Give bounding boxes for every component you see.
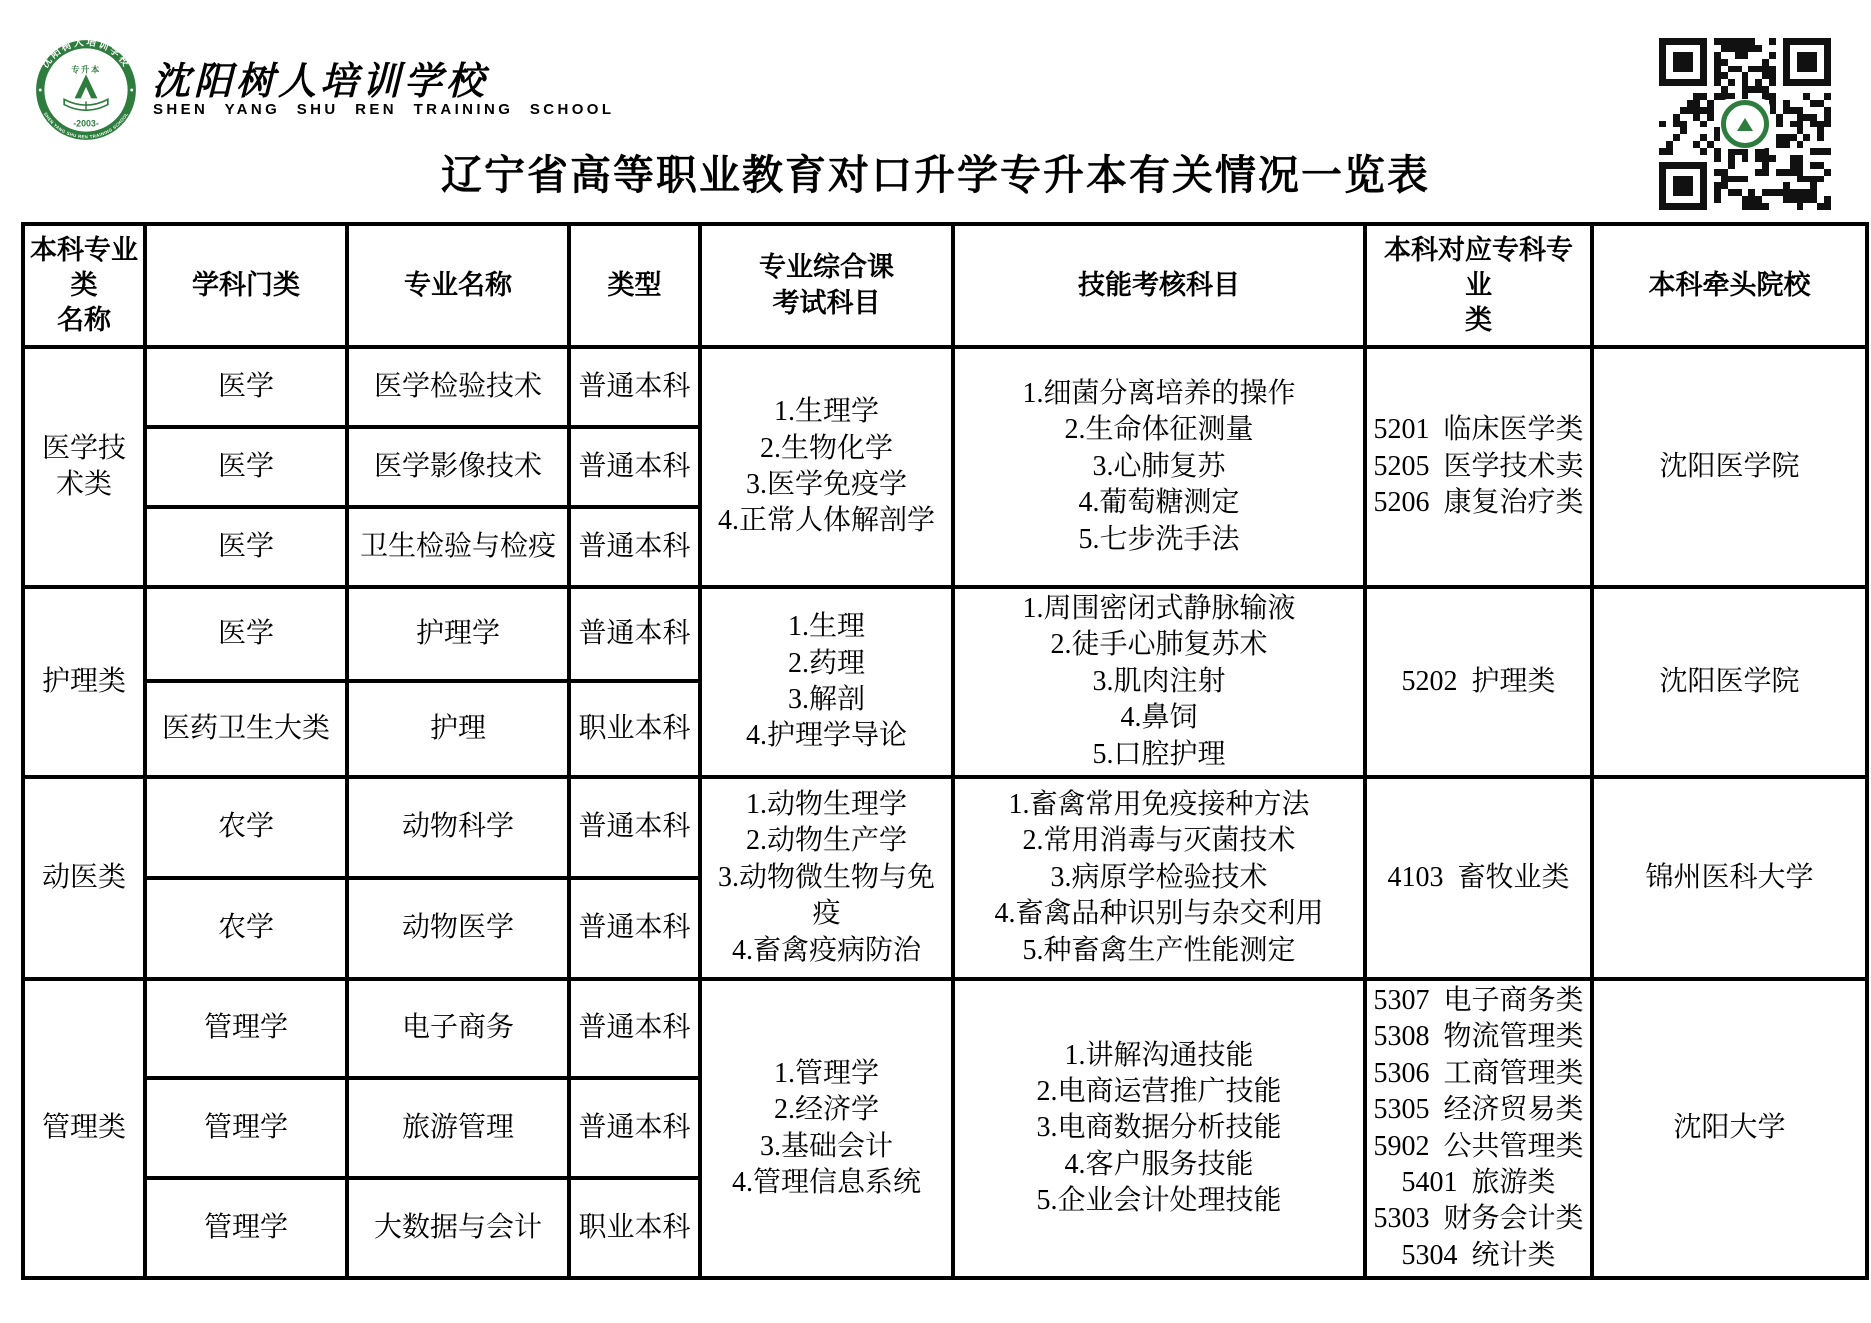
- skill-subjects-cell: 1.畜禽常用免疫接种方法 2.常用消毒与灭菌技术 3.病原学检验技术 4.畜禽品…: [953, 777, 1365, 979]
- discipline-cell: 医学: [145, 427, 347, 507]
- header-discipline: 学科门类: [145, 224, 347, 347]
- major-cell: 动物科学: [347, 777, 569, 878]
- programs-table: 本科专业 类 名称 学科门类 专业名称 类型 专业综合课 考试科目 技能考核科目…: [21, 222, 1869, 1280]
- header-exam-subjects: 专业综合课 考试科目: [700, 224, 953, 347]
- type-cell: 普通本科: [569, 507, 700, 587]
- exam-subjects-cell: 1.生理 2.药理 3.解剖 4.护理学导论: [700, 587, 953, 777]
- college-majors-cell: 5307 电子商务类 5308 物流管理类 5306 工商管理类 5305 经济…: [1365, 979, 1592, 1278]
- major-cell: 大数据与会计: [347, 1178, 569, 1278]
- category-cell: 护理类: [23, 587, 145, 777]
- university-cell: 沈阳大学: [1592, 979, 1867, 1278]
- type-cell: 普通本科: [569, 777, 700, 878]
- school-name-en: SHEN YANG SHU REN TRAINING SCHOOL: [153, 101, 614, 118]
- major-cell: 动物医学: [347, 878, 569, 979]
- type-cell: 普通本科: [569, 427, 700, 507]
- college-majors-cell: 5202 护理类: [1365, 587, 1592, 777]
- discipline-cell: 管理学: [145, 1178, 347, 1278]
- university-cell: 锦州医科大学: [1592, 777, 1867, 979]
- school-name-cn: 沈阳树人培训学校: [152, 50, 488, 105]
- major-cell: 医学影像技术: [347, 427, 569, 507]
- category-cell: 医学技术类: [23, 347, 145, 587]
- discipline-cell: 医学: [145, 587, 347, 681]
- header-college-majors: 本科对应专科专业 类: [1365, 224, 1592, 347]
- university-cell: 沈阳医学院: [1592, 587, 1867, 777]
- header-lead-university: 本科牵头院校: [1592, 224, 1867, 347]
- major-cell: 卫生检验与检疫: [347, 507, 569, 587]
- skill-subjects-cell: 1.讲解沟通技能 2.电商运营推广技能 3.电商数据分析技能 4.客户服务技能 …: [953, 979, 1365, 1278]
- category-cell: 动医类: [23, 777, 145, 979]
- type-cell: 普通本科: [569, 587, 700, 681]
- discipline-cell: 医药卫生大类: [145, 681, 347, 777]
- type-cell: 普通本科: [569, 1078, 700, 1177]
- college-majors-cell: 4103 畜牧业类: [1365, 777, 1592, 979]
- college-majors-cell: 5201 临床医学类 5205 医学技术卖 5206 康复治疗类: [1365, 347, 1592, 587]
- major-cell: 旅游管理: [347, 1078, 569, 1177]
- discipline-cell: 农学: [145, 777, 347, 878]
- type-cell: 普通本科: [569, 347, 700, 427]
- seal-inner-text: 专升本: [71, 64, 101, 74]
- university-cell: 沈阳医学院: [1592, 347, 1867, 587]
- major-cell: 电子商务: [347, 979, 569, 1078]
- header-major: 专业名称: [347, 224, 569, 347]
- exam-subjects-cell: 1.动物生理学 2.动物生产学 3.动物微生物与免疫 4.畜禽疫病防治: [700, 777, 953, 979]
- exam-subjects-cell: 1.生理学 2.生物化学 3.医学免疫学 4.正常人体解剖学: [700, 347, 953, 587]
- type-cell: 普通本科: [569, 878, 700, 979]
- discipline-cell: 医学: [145, 507, 347, 587]
- category-cell: 管理类: [23, 979, 145, 1278]
- type-cell: 职业本科: [569, 1178, 700, 1278]
- page-title: 辽宁省高等职业教育对口升学专升本有关情况一览表: [0, 142, 1871, 201]
- school-seal: 沈阳树人培训学校 SHEN YANG SHU REN TRAINING SCHO…: [34, 38, 138, 142]
- skill-subjects-cell: 1.周围密闭式静脉输液 2.徒手心肺复苏术 3.肌肉注射 4.鼻饲 5.口腔护理: [953, 587, 1365, 777]
- seal-dot-left: [39, 89, 42, 92]
- table-row: 动医类 农学 动物科学 普通本科 1.动物生理学 2.动物生产学 3.动物微生物…: [23, 777, 1867, 878]
- header-category: 本科专业 类 名称: [23, 224, 145, 347]
- table-row: 护理类 医学 护理学 普通本科 1.生理 2.药理 3.解剖 4.护理学导论 1…: [23, 587, 1867, 681]
- table-header-row: 本科专业 类 名称 学科门类 专业名称 类型 专业综合课 考试科目 技能考核科目…: [23, 224, 1867, 347]
- seal-year: -2003-: [73, 118, 99, 128]
- major-cell: 护理: [347, 681, 569, 777]
- table-row: 医学技术类 医学 医学检验技术 普通本科 1.生理学 2.生物化学 3.医学免疫…: [23, 347, 1867, 427]
- header-skill-subjects: 技能考核科目: [953, 224, 1365, 347]
- skill-subjects-cell: 1.细菌分离培养的操作 2.生命体征测量 3.心肺复苏 4.葡萄糖测定 5.七步…: [953, 347, 1365, 587]
- type-cell: 普通本科: [569, 979, 700, 1078]
- major-cell: 护理学: [347, 587, 569, 681]
- table-row: 管理类 管理学 电子商务 普通本科 1.管理学 2.经济学 3.基础会计 4.管…: [23, 979, 1867, 1078]
- header-type: 类型: [569, 224, 700, 347]
- discipline-cell: 医学: [145, 347, 347, 427]
- discipline-cell: 管理学: [145, 1078, 347, 1177]
- seal-dot-right: [130, 89, 133, 92]
- discipline-cell: 管理学: [145, 979, 347, 1078]
- exam-subjects-cell: 1.管理学 2.经济学 3.基础会计 4.管理信息系统: [700, 979, 953, 1278]
- discipline-cell: 农学: [145, 878, 347, 979]
- type-cell: 职业本科: [569, 681, 700, 777]
- major-cell: 医学检验技术: [347, 347, 569, 427]
